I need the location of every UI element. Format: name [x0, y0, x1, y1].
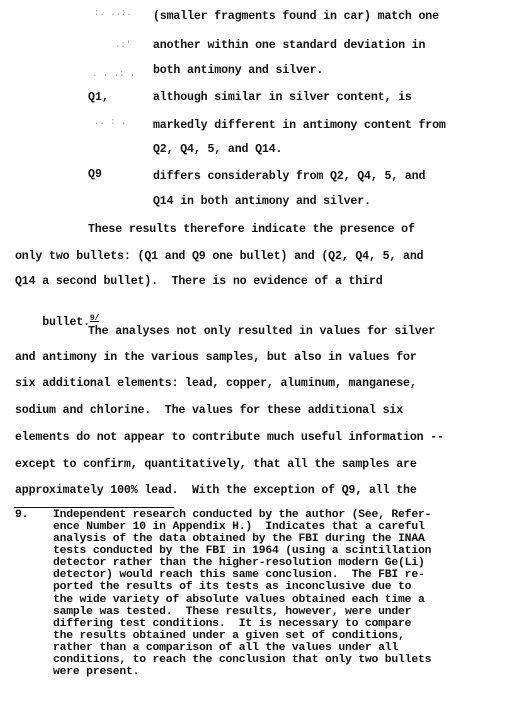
- paragraph-line: These results therefore indicate the pre…: [88, 223, 415, 237]
- paragraph-line: and antimony in the various samples, but…: [15, 351, 417, 365]
- footnote-number: 9.: [15, 509, 28, 521]
- footnote-line: ence Number 10 in Appendix H.) Indicates…: [53, 521, 425, 533]
- paragraph-line: sodium and chlorine. The values for thes…: [15, 404, 403, 418]
- list-item-line: another within one standard deviation in: [153, 39, 425, 53]
- list-item-label: Q9: [88, 168, 102, 182]
- footnote-divider: [14, 507, 174, 508]
- paragraph-line: bullet.9/: [15, 298, 99, 344]
- scan-artifact: .:': [115, 40, 131, 50]
- paragraph-line: six additional elements: lead, copper, a…: [15, 377, 417, 391]
- paragraph-line: elements do not appear to contribute muc…: [15, 431, 444, 445]
- footnote-line: tests conducted by the FBI in 1964 (usin…: [53, 545, 431, 557]
- list-item-line: markedly different in antimony content f…: [153, 119, 446, 133]
- footnote-line: ported the results of its tests as incon…: [53, 581, 411, 593]
- scan-artifact: . . .: .: [92, 69, 135, 79]
- list-item-line: although similar in silver content, is: [153, 91, 412, 105]
- footnote-line: differing test conditions. It is necessa…: [53, 618, 411, 630]
- footnote-line: Independent research conducted by the au…: [53, 509, 431, 521]
- footnote-line: the wide variety of absolute values obta…: [53, 594, 425, 606]
- paragraph-line: The analyses not only resulted in values…: [88, 325, 435, 339]
- paragraph-text: bullet.: [42, 316, 90, 329]
- footnote-reference: 9/: [90, 314, 99, 323]
- footnote-line: the results obtained under a given set o…: [53, 630, 405, 642]
- document-page: :. ..:. .:' . . .: . .. : . (smaller fra…: [0, 0, 513, 707]
- footnote-line: were present.: [53, 666, 139, 678]
- scan-artifact: :. ..:.: [94, 8, 132, 18]
- paragraph-line: Q14 a second bullet). There is no eviden…: [15, 275, 383, 289]
- footnote-line: detector rather than the higher-resoluti…: [53, 557, 425, 569]
- paragraph-line: except to confirm, quantitatively, that …: [15, 458, 417, 472]
- footnote-line: rather than a comparison of all the valu…: [53, 642, 398, 654]
- footnote-line: sample was tested. These results, howeve…: [53, 606, 411, 618]
- list-item-line: (smaller fragments found in car) match o…: [153, 10, 439, 24]
- footnote-line: analysis of the data obtained by the FBI…: [53, 533, 425, 545]
- scan-artifact: .. : .: [94, 117, 126, 127]
- paragraph-line: approximately 100% lead. With the except…: [15, 484, 417, 498]
- list-item-line: differs considerably from Q2, Q4, 5, and: [153, 170, 425, 184]
- footnote-line: conditions, to reach the conclusion that…: [53, 654, 431, 666]
- list-item-line: Q14 in both antimony and silver.: [153, 195, 371, 209]
- list-item-line: both antimony and silver.: [153, 64, 323, 78]
- footnote-line: detector) would reach this same conclusi…: [53, 569, 425, 581]
- paragraph-line: only two bullets: (Q1 and Q9 one bullet)…: [15, 250, 423, 264]
- list-item-label: Q1,: [88, 91, 109, 105]
- list-item-line: Q2, Q4, 5, and Q14.: [153, 143, 282, 157]
